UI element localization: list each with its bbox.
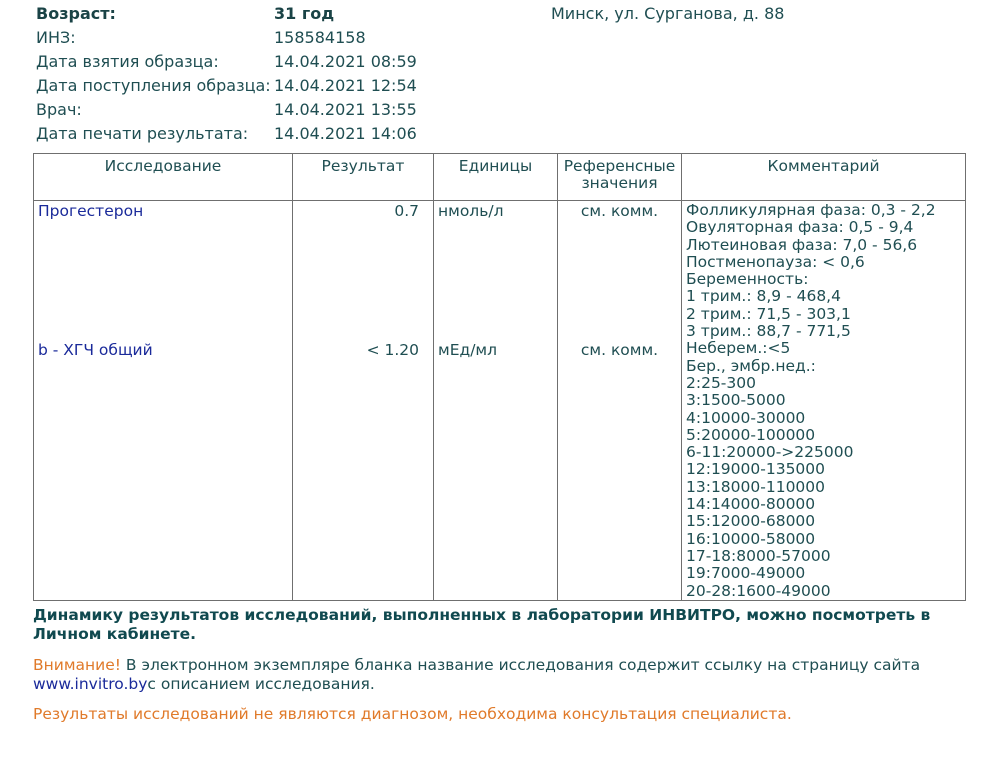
comment-line: 16:10000-58000	[686, 531, 961, 548]
comment-line: 1 трим.: 8,9 - 468,4	[686, 288, 961, 305]
comment-line: 2 трим.: 71,5 - 303,1	[686, 306, 961, 323]
comment-list: Фолликулярная фаза: 0,3 - 2,2Овуляторная…	[686, 201, 961, 600]
comment-line: 13:18000-110000	[686, 479, 961, 496]
test-cell: Прогестерон b - ХГЧ общий	[34, 201, 293, 601]
header-test: Исследование	[34, 154, 293, 201]
comment-line: 3 трим.: 88,7 - 771,5	[686, 323, 961, 340]
reference-cell: см. комм. см. комм.	[558, 201, 682, 601]
warning-text: В электронном экземпляре бланка название…	[121, 656, 920, 674]
print-date-label: Дата печати результата:	[36, 122, 248, 146]
age-label: Возраст:	[36, 2, 116, 26]
age-value: 31 год	[274, 2, 334, 26]
header-result: Результат	[293, 154, 434, 201]
comment-line: 20-28:1600-49000	[686, 583, 961, 600]
reference-hcg: см. комм.	[562, 342, 677, 359]
comment-line: Постменопауза: < 0,6	[686, 254, 961, 271]
warning-prefix: Внимание!	[33, 656, 121, 674]
doctor-label: Врач:	[36, 98, 82, 122]
comment-line: 14:14000-80000	[686, 496, 961, 513]
results-table: Исследование Результат Единицы Референсн…	[33, 153, 966, 601]
comment-cell: Фолликулярная фаза: 0,3 - 2,2Овуляторная…	[682, 201, 966, 601]
result-progesterone: 0.7	[394, 203, 419, 220]
comment-line: Бер., эмбр.нед.:	[686, 358, 961, 375]
result-hcg: < 1.20	[367, 342, 419, 359]
sample-received-label: Дата поступления образца:	[36, 74, 271, 98]
table-header-row: Исследование Результат Единицы Референсн…	[34, 154, 966, 201]
comment-line: Беременность:	[686, 271, 961, 288]
comment-line: Фолликулярная фаза: 0,3 - 2,2	[686, 202, 961, 219]
comment-line: 3:1500-5000	[686, 392, 961, 409]
comment-line: Овуляторная фаза: 0,5 - 9,4	[686, 219, 961, 236]
test-link-hcg[interactable]: b - ХГЧ общий	[38, 342, 153, 359]
warning-note: Внимание! В электронном экземпляре бланк…	[33, 656, 963, 694]
comment-line: 6-11:20000->225000	[686, 444, 961, 461]
sample-received-value: 14.04.2021 12:54	[274, 74, 417, 98]
result-cell: 0.7 < 1.20	[293, 201, 434, 601]
inz-value: 158584158	[274, 26, 366, 50]
comment-line: 4:10000-30000	[686, 410, 961, 427]
comment-line: Неберем.:<5	[686, 340, 961, 357]
inz-label: ИНЗ:	[36, 26, 76, 50]
sample-taken-label: Дата взятия образца:	[36, 50, 219, 74]
comment-line: Лютеиновая фаза: 7,0 - 56,6	[686, 237, 961, 254]
doctor-value: 14.04.2021 13:55	[274, 98, 417, 122]
invitro-link[interactable]: www.invitro.by	[33, 675, 147, 693]
table-row: Прогестерон b - ХГЧ общий 0.7 < 1.20 нмо…	[34, 201, 966, 601]
header-reference: Референсные значения	[558, 154, 682, 201]
print-date-value: 14.04.2021 14:06	[274, 122, 417, 146]
comment-line: 5:20000-100000	[686, 427, 961, 444]
header-units: Единицы	[434, 154, 558, 201]
warning-suffix: с описанием исследования.	[147, 675, 374, 693]
units-progesterone: нмоль/л	[438, 203, 503, 220]
units-hcg: мЕд/мл	[438, 342, 497, 359]
comment-line: 17-18:8000-57000	[686, 548, 961, 565]
test-link-progesterone[interactable]: Прогестерон	[38, 203, 143, 220]
dynamics-note: Динамику результатов исследований, выпол…	[33, 606, 963, 644]
comment-line: 15:12000-68000	[686, 513, 961, 530]
lab-address: Минск, ул. Сурганова, д. 88	[551, 2, 784, 26]
comment-line: 19:7000-49000	[686, 565, 961, 582]
disclaimer: Результаты исследований не являются диаг…	[33, 705, 792, 724]
reference-progesterone: см. комм.	[562, 203, 677, 220]
units-cell: нмоль/л мЕд/мл	[434, 201, 558, 601]
sample-taken-value: 14.04.2021 08:59	[274, 50, 417, 74]
comment-line: 12:19000-135000	[686, 461, 961, 478]
comment-line: 2:25-300	[686, 375, 961, 392]
header-comment: Комментарий	[682, 154, 966, 201]
